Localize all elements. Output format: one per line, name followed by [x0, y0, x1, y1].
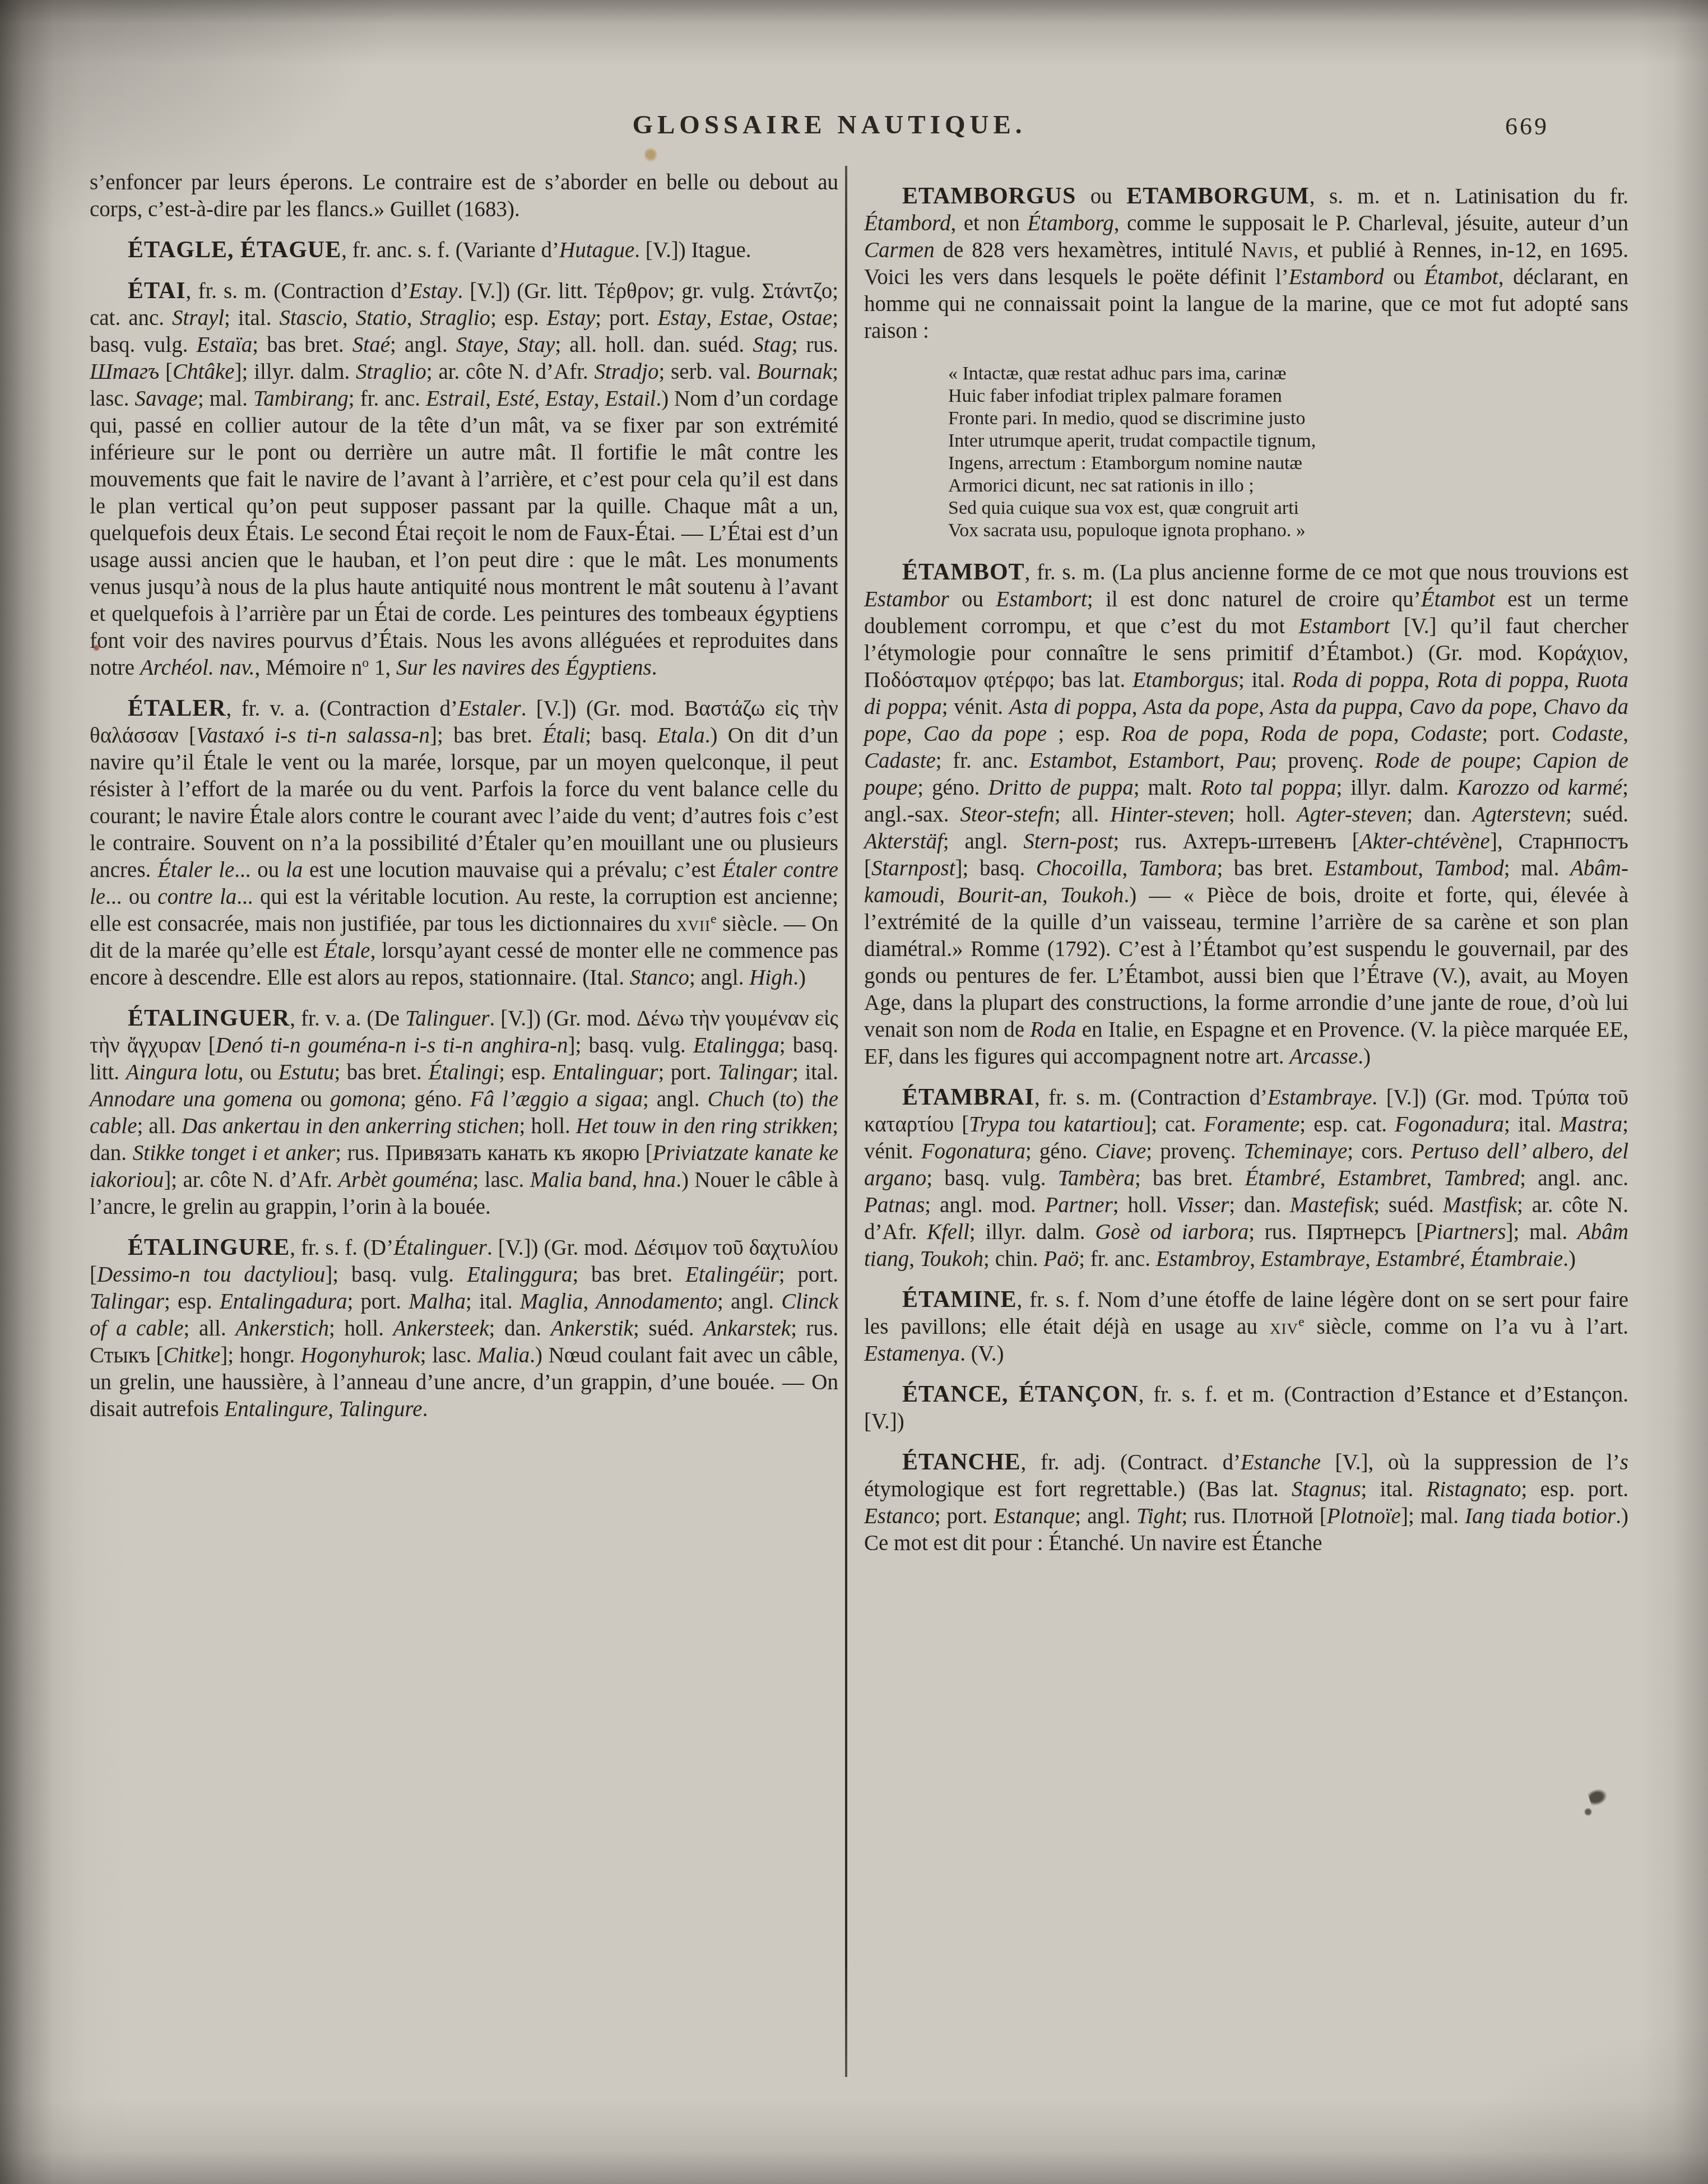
text-run: ; rus. — [792, 333, 838, 357]
text-run: Bourit-an — [957, 883, 1042, 907]
text-run: to — [779, 1087, 796, 1111]
text-run: .) — [793, 966, 806, 990]
text-run: ; angl. anc. — [1520, 1166, 1628, 1190]
entry-headword: ETAMBORGUS — [902, 183, 1076, 209]
text-run: Stagnus — [1292, 1477, 1361, 1501]
text-run: Estay — [545, 387, 594, 411]
text-run: ; port. — [595, 306, 657, 330]
text-run: Tambora — [1139, 856, 1217, 880]
text-run: , ou — [238, 1060, 279, 1084]
text-run: ; angl. — [717, 1290, 781, 1314]
text-run: siècle, comme on l’a vu à l’art. — [1305, 1315, 1628, 1339]
text-run: étymologique est fort regrettable.) (Bas… — [864, 1477, 1292, 1501]
text-run: Roda — [1030, 1018, 1076, 1042]
text-run: Arbèt gouména — [338, 1168, 472, 1192]
text-run: ; géno. — [917, 776, 988, 800]
text-run: Ciave — [1095, 1139, 1146, 1163]
text-run: , — [583, 1290, 596, 1314]
ink-speck-small — [1584, 1808, 1593, 1816]
text-run: ; all. — [1055, 803, 1111, 827]
verse-line: Inter utrumque aperit, trudat compactile… — [948, 430, 1628, 452]
text-run: Estambout — [1324, 856, 1418, 880]
text-run: Maglia — [520, 1290, 583, 1314]
text-run: Etalingéür — [685, 1263, 779, 1287]
text-run: Estaler — [458, 697, 521, 721]
text-run: Archéol. nav. — [140, 656, 255, 680]
text-run: ; — [1515, 749, 1532, 773]
text-run: Stag — [753, 333, 791, 357]
text-run: Agter-steven — [1297, 803, 1407, 827]
text-run: Navis — [1241, 238, 1293, 262]
text-run: , — [1424, 668, 1436, 692]
text-run: , fr. s. m. (Contraction d’ — [1034, 1086, 1268, 1110]
text-run: Mastefisk — [1290, 1193, 1373, 1217]
text-run: ; géno. — [1025, 1139, 1095, 1163]
text-run: , fr. s. m. (Contraction d’ — [186, 279, 409, 303]
text-run: Akter-chtévène — [1359, 829, 1490, 854]
text-run: contre la — [157, 885, 236, 909]
text-run: ; ital. — [224, 306, 279, 330]
text-run: Chtâke — [173, 360, 234, 384]
text-run: Staé — [352, 333, 390, 357]
text-run: ; port. — [779, 1263, 838, 1287]
text-run: gomona — [330, 1087, 401, 1111]
column-divider — [845, 166, 847, 2077]
text-run: , — [1394, 722, 1410, 746]
text-run: . — [652, 656, 657, 680]
text-run: Rota di poppa — [1437, 668, 1564, 692]
verse-line: « Intactæ, quæ restat adhuc pars ima, ca… — [948, 363, 1628, 385]
text-run: , fr. s. m. (La plus ancienne forme de c… — [1025, 560, 1628, 585]
text-run: Ankerstich — [235, 1316, 329, 1341]
text-run: Estay — [547, 306, 596, 330]
text-run: Patnas — [864, 1193, 925, 1217]
text-run: Toukoh — [920, 1247, 983, 1271]
text-run: Estambord — [1289, 265, 1384, 289]
text-run: Talingar — [90, 1290, 164, 1314]
entry-headword: ÉTALER — [128, 695, 226, 721]
text-run: , — [1460, 1247, 1471, 1271]
text-run: Etala — [657, 724, 705, 748]
text-run: Etalinggura — [467, 1263, 573, 1287]
entry-headword: ÉTAGLE, ÉTAGUE — [128, 237, 341, 263]
text-run: ]; basq. — [955, 856, 1036, 880]
entry-etalingure: ÉTALINGURE, fr. s. f. (D’Étalinguer. [V.… — [90, 1234, 838, 1423]
text-run: , — [1219, 749, 1236, 773]
text-run: , — [594, 387, 605, 411]
text-run: ; malt. — [1134, 776, 1201, 800]
verse-line: Fronte pari. In medio, quod se discrimin… — [948, 407, 1628, 430]
text-run: Étaler le — [157, 858, 234, 882]
entry-etagle: ÉTAGLE, ÉTAGUE, fr. anc. s. f. (Variante… — [90, 237, 838, 264]
text-run: Ankarstek — [703, 1316, 791, 1341]
text-run: , — [342, 306, 356, 330]
text-run: ; cors. — [1347, 1139, 1411, 1163]
text-run: , — [632, 1168, 643, 1192]
text-run: ]; bas bret. — [430, 724, 542, 748]
entry-etanche: ÉTANCHE, fr. adj. (Contract. d’Estanche … — [864, 1449, 1628, 1557]
text-run: ; ital. — [1504, 1112, 1559, 1137]
text-run: ; bas bret. — [1217, 856, 1324, 880]
verse-line: Sed quia cuique sua vox est, quæ congrui… — [948, 497, 1628, 520]
text-run: Ostae — [781, 306, 832, 330]
text-run: Estanco — [864, 1504, 935, 1528]
text-run: , — [1320, 1166, 1338, 1190]
text-run: ; holl. — [1229, 803, 1297, 827]
text-run: ; mal. — [198, 387, 253, 411]
text-run: Gosè od iarbora — [1095, 1220, 1248, 1244]
text-run: Tight — [1136, 1504, 1181, 1528]
text-run: Entalinguar — [553, 1060, 658, 1084]
text-run: Dritto de puppa — [988, 776, 1133, 800]
text-run: Karozzo od karmé — [1457, 776, 1622, 800]
text-run: ; suéd. — [1373, 1193, 1443, 1217]
text-run: Tambirang — [253, 387, 349, 411]
text-run: Entalingadura — [220, 1290, 347, 1314]
text-run: ; rus. Привязать канать къ якорю [ — [335, 1141, 653, 1165]
text-run: ; esp. — [490, 306, 546, 330]
text-run: Stay — [517, 333, 555, 357]
text-run: ; vénit. — [942, 695, 1009, 719]
text-run: ; bas bret. — [334, 1060, 428, 1084]
text-run: ( — [764, 1087, 779, 1111]
text-run: Tcheminaye — [1244, 1139, 1348, 1163]
entry-headword: ETAMBORGUM — [1126, 183, 1310, 209]
text-run: xiv — [1270, 1315, 1298, 1339]
text-run: ; esp. cat. — [1299, 1112, 1395, 1137]
text-run: ]; cat. — [1144, 1112, 1204, 1137]
text-run: ; port. — [658, 1060, 718, 1084]
text-run: s’enfoncer par leurs éperons. Le contrai… — [90, 170, 838, 221]
text-run: Roto tal poppa — [1201, 776, 1336, 800]
text-run: Cavo da pope — [1409, 695, 1532, 719]
text-run: Tambèra — [1058, 1166, 1135, 1190]
page-title: GLOSSAIRE NAUTIQUE. — [90, 110, 1569, 140]
text-run: Straglio — [420, 306, 490, 330]
text-run: Trypa tou katartiou — [969, 1112, 1144, 1137]
text-run: ; rus. Пяртнерсъ [ — [1248, 1220, 1423, 1244]
text-run: Estay — [409, 279, 458, 303]
ink-speck — [1587, 1787, 1609, 1807]
text-run: Étambraie — [1471, 1247, 1563, 1271]
entry-etamine: ÉTAMINE, fr. s. f. Nom d’une étoffe de l… — [864, 1286, 1628, 1367]
text-run: ou — [1384, 265, 1424, 289]
text-run: , — [503, 333, 517, 357]
text-run: ; provenç. — [1271, 749, 1375, 773]
text-run: , — [1427, 1166, 1444, 1190]
entry-etambrai: ÉTAMBRAI, fr. s. m. (Contraction d’Estam… — [864, 1084, 1628, 1273]
text-run: xvii — [676, 912, 711, 936]
text-run: ; dan. — [489, 1316, 551, 1341]
text-run: Talinguer — [405, 1007, 489, 1031]
text-run: .) — [1563, 1247, 1576, 1271]
text-run: Agterstevn — [1472, 803, 1566, 827]
text-run: , — [1122, 856, 1139, 880]
text-run: Roa de popa — [1121, 722, 1243, 746]
text-run: , — [1112, 749, 1128, 773]
paragraph-guillet: s’enfoncer par leurs éperons. Le contrai… — [90, 169, 838, 223]
text-run: , — [1623, 722, 1628, 746]
text-run: est une locution mauvaise qui a prévalu;… — [303, 858, 722, 882]
text-run: ]; hongr. — [220, 1343, 301, 1367]
text-run: Visser — [1176, 1193, 1229, 1217]
text-run: Estaïa — [197, 333, 253, 357]
text-run: Vastaxó i-s ti-n salassa-n — [196, 724, 430, 748]
text-run: Esté — [496, 387, 534, 411]
text-run: . (V.) — [960, 1342, 1004, 1366]
entry-headword: ÉTAMINE — [902, 1287, 1017, 1313]
text-run: , — [907, 722, 923, 746]
text-run: ; port. — [1482, 722, 1552, 746]
text-run: Estrail — [426, 387, 485, 411]
text-run: ... ou — [234, 858, 286, 882]
text-run: ; esp. — [1047, 722, 1121, 746]
text-run: , — [939, 883, 957, 907]
text-run: Estambot — [1029, 749, 1112, 773]
text-run: ; port. — [347, 1290, 409, 1314]
entry-etance: ÉTANCE, ÉTANÇON, fr. s. f. et m. (Contra… — [864, 1381, 1628, 1435]
text-run: ; chin. — [983, 1247, 1043, 1271]
text-run: ; fr. anc. — [936, 749, 1029, 773]
text-run: ; géno. — [401, 1087, 470, 1111]
text-run: , fr. v. a. (De — [290, 1007, 405, 1031]
text-run: Bournak — [757, 360, 832, 384]
text-run: 1, — [369, 656, 396, 680]
text-run: ; ital. — [1361, 1477, 1427, 1501]
entry-headword: ÉTALINGURE — [128, 1235, 290, 1260]
text-run: s — [1620, 1450, 1628, 1474]
text-run: Kfell — [927, 1220, 969, 1244]
text-run: , — [1132, 695, 1144, 719]
text-run: ; lasc. — [473, 1168, 530, 1192]
text-run: ; il est donc naturel de croire qu’ — [1087, 587, 1421, 611]
text-run: ) — [796, 1087, 811, 1111]
text-run: Chocoilla — [1036, 856, 1122, 880]
text-run: la — [286, 858, 303, 882]
text-run: Partner — [1045, 1193, 1113, 1217]
text-run: Arcasse — [1289, 1045, 1358, 1069]
text-run: Das ankertau in den ankerring stichen — [182, 1114, 519, 1138]
text-run: , — [1398, 695, 1409, 719]
text-run: Piartners — [1423, 1220, 1506, 1244]
text-run: Talingar — [718, 1060, 792, 1084]
text-run: , — [1365, 1247, 1376, 1271]
text-run: Cao da pope — [923, 722, 1047, 746]
text-run: Estay — [658, 306, 707, 330]
text-run: Étambré — [1245, 1166, 1320, 1190]
text-run: Codaste — [1551, 722, 1623, 746]
text-run: ; port. — [935, 1504, 994, 1528]
text-run: Chitke — [163, 1343, 220, 1367]
left-column: s’enfoncer par leurs éperons. Le contrai… — [90, 169, 838, 1423]
text-run: , fr. adj. (Contract. d’ — [1021, 1450, 1241, 1474]
paper-fleck — [644, 147, 657, 163]
text-run: ]; illyr. dalm. — [235, 360, 356, 384]
text-run: Asta di poppa — [1009, 695, 1132, 719]
text-run: , comme le supposait le P. Charleval, jé… — [1114, 211, 1628, 235]
text-run: , — [1243, 722, 1260, 746]
text-run: Etalingga — [693, 1033, 779, 1058]
text-run: ; provenç. — [1146, 1139, 1243, 1163]
right-column: ETAMBORGUS ou ETAMBORGUM, s. m. et n. La… — [864, 169, 1628, 1557]
book-page: { "header": { "title": "GLOSSAIRE NAUTIQ… — [0, 0, 1708, 2184]
text-run: Chuch — [707, 1087, 764, 1111]
text-run: Codaste — [1410, 722, 1482, 746]
text-run: ou — [949, 587, 996, 611]
text-run: , Mémoire n — [255, 656, 363, 680]
text-run: , s. m. et n. Latinisation du fr. — [1310, 184, 1628, 208]
entry-etalinguer: ÉTALINGUER, fr. v. a. (De Talinguer. [V.… — [90, 1005, 838, 1221]
text-run: , et non — [951, 211, 1028, 235]
verse-line: Ingens, arrectum : Etamborgum nomine nau… — [948, 452, 1628, 475]
text-run: Malha — [409, 1290, 466, 1314]
text-run: Estanque — [994, 1504, 1075, 1528]
text-run: [V.], où la suppression de l’ — [1321, 1450, 1620, 1474]
text-run: ; esp. port. — [1521, 1477, 1628, 1501]
text-run: de 828 vers hexamètres, intitulé — [935, 238, 1241, 262]
text-run: ; illyr. dalm. — [1336, 776, 1458, 800]
text-run: ; rus. Плотной [ — [1181, 1504, 1326, 1528]
text-run: , — [1418, 856, 1434, 880]
text-run: Estutu — [279, 1060, 335, 1084]
text-run: hna — [643, 1168, 676, 1192]
text-run: , — [534, 387, 545, 411]
text-run: Etamborgus — [1133, 668, 1238, 692]
text-run: , — [1532, 695, 1544, 719]
text-run: ; suéd. — [1566, 803, 1628, 827]
text-run: ; esp. — [164, 1290, 220, 1314]
text-run: Estambraye — [1268, 1086, 1372, 1110]
text-run: e — [711, 912, 717, 926]
text-run: Estail — [605, 387, 656, 411]
entry-etambot: ÉTAMBOT, fr. s. m. (La plus ancienne for… — [864, 559, 1628, 1070]
text-run: ou — [293, 1087, 330, 1111]
text-run: , — [1259, 695, 1270, 719]
text-run: Estambraye — [1261, 1247, 1365, 1271]
text-run: ; bas bret. — [252, 333, 352, 357]
text-run: Estae — [720, 306, 768, 330]
text-run: Roda di poppa — [1292, 668, 1424, 692]
text-run: Carmen — [864, 238, 935, 262]
text-run: [ — [159, 360, 173, 384]
text-run: Rode de poupe — [1375, 749, 1515, 773]
text-run: Akterstäf — [864, 829, 943, 854]
text-run: ; all. holl. dan. suéd. — [555, 333, 753, 357]
text-run: ; mal. — [1504, 856, 1570, 880]
text-run: ; angl. — [943, 829, 1023, 854]
text-run: Iang tiada botior — [1465, 1504, 1616, 1528]
text-run: Annodamento — [596, 1290, 717, 1314]
text-run: ; basq. — [585, 724, 657, 748]
text-run: ; angl. — [1075, 1504, 1136, 1528]
text-run: ; all. — [137, 1114, 182, 1138]
text-run: Estambré — [1376, 1247, 1460, 1271]
entry-headword: ÉTALINGUER — [128, 1005, 290, 1031]
text-run: Staye — [456, 333, 503, 357]
text-run: Strayl — [172, 306, 224, 330]
text-run: , — [909, 1247, 920, 1271]
text-run: Штагъ — [90, 360, 159, 384]
text-run: . [V.]) Itague. — [634, 238, 751, 262]
text-run: ; dan. — [1407, 803, 1472, 827]
text-run: , — [407, 306, 420, 330]
text-run: ; angl. — [643, 1087, 708, 1111]
latin-verse: « Intactæ, quæ restat adhuc pars ima, ca… — [948, 363, 1628, 542]
text-run: Hinter-steven — [1110, 803, 1228, 827]
text-run: Mastra — [1559, 1112, 1622, 1137]
text-run: ou — [1076, 184, 1126, 208]
text-run: , — [485, 387, 496, 411]
text-run: ; angl. mod. — [925, 1193, 1045, 1217]
text-run: ; angl. — [689, 966, 749, 990]
text-run: Stikke tonget i et anker — [133, 1141, 335, 1165]
text-run: Pertuso dell’ albero — [1411, 1139, 1589, 1163]
entry-headword: ÉTAMBRAI — [902, 1084, 1034, 1110]
text-run: Stradjo — [595, 360, 659, 384]
text-run: Ankerstik — [551, 1316, 633, 1341]
text-run: Starnpost — [871, 856, 955, 880]
text-run: , — [1563, 668, 1576, 692]
verse-line: Armorici dicunt, nec sat rationis in ill… — [948, 475, 1628, 497]
text-run: , — [1589, 1139, 1602, 1163]
text-run: ]; ar. côte N. d’Afr. — [164, 1168, 338, 1192]
text-run: ]; basq. vulg. — [325, 1263, 467, 1287]
text-run: Estambort — [996, 587, 1087, 611]
text-run: Asta da pope — [1143, 695, 1259, 719]
text-run: Statio — [356, 306, 407, 330]
text-run: Étali — [542, 724, 585, 748]
text-run: Talingure — [339, 1397, 423, 1421]
text-run: Stern-post — [1023, 829, 1113, 854]
text-run: Savage — [134, 387, 198, 411]
text-run: , fr. v. a. (Contraction d’ — [226, 697, 458, 721]
text-run: ; rus. Ахтеръ-штевенъ [ — [1113, 829, 1359, 854]
text-run: Steor-stefn — [960, 803, 1055, 827]
text-run: Estambort — [1128, 749, 1219, 773]
text-run: Stascio — [279, 306, 342, 330]
text-run: Paö — [1043, 1247, 1079, 1271]
text-run: , — [1042, 883, 1060, 907]
text-run: , fr. s. f. (D’ — [290, 1236, 393, 1260]
text-run: Sur les navires des Égyptiens — [396, 656, 652, 680]
text-run: ; esp. — [499, 1060, 553, 1084]
text-run: Hogonyhurok — [301, 1343, 420, 1367]
entry-etai: ÉTAI, fr. s. m. (Contraction d’Estay. [V… — [90, 277, 838, 681]
text-run: Entalingure — [224, 1397, 328, 1421]
text-run: Stanco — [630, 966, 689, 990]
text-run: ; holl. — [329, 1316, 393, 1341]
page-number: 669 — [1505, 112, 1549, 141]
text-run: ; bas bret. — [1135, 1166, 1245, 1190]
text-run: Malia — [477, 1343, 530, 1367]
text-run: Étalinguer — [393, 1236, 487, 1260]
text-run: Het touw in den ring strikken — [576, 1114, 832, 1138]
text-run: Aingura lotu — [126, 1060, 238, 1084]
text-run: .) Nom d’un cordage qui, passé en collie… — [90, 387, 838, 680]
text-run: ; holl. — [519, 1114, 576, 1138]
text-run: ]; mal. — [1506, 1220, 1577, 1244]
text-run: , fr. anc. s. f. (Variante d’ — [341, 238, 559, 262]
entry-etamborgus: ETAMBORGUS ou ETAMBORGUM, s. m. et n. La… — [864, 183, 1628, 345]
text-run: Étambot — [1421, 587, 1495, 611]
text-run: Cadaste — [864, 749, 936, 773]
text-run: e — [1298, 1315, 1305, 1329]
text-run: Tambod — [1435, 856, 1504, 880]
text-run: ; ital. — [792, 1060, 838, 1084]
text-run: .) — [1358, 1045, 1371, 1069]
text-run: Ristagnato — [1426, 1477, 1521, 1501]
paper-speck — [93, 644, 100, 651]
